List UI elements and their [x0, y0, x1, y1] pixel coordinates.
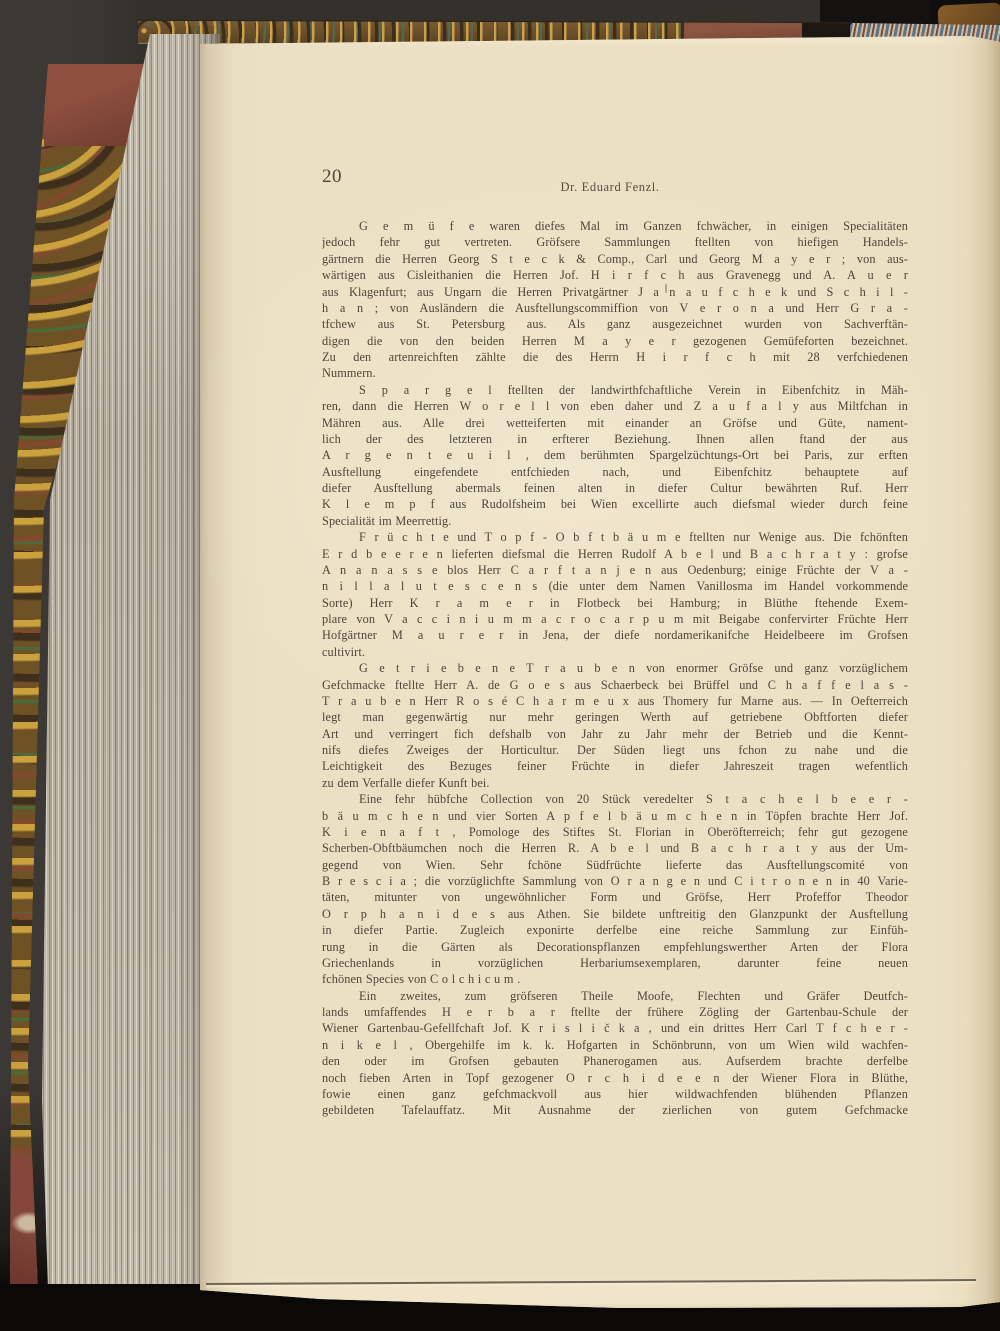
text-line: plare von V a c c i n i u m m a c r o c … — [322, 611, 908, 627]
text-line: den oder im Grofsen gebauten Phanerogame… — [322, 1053, 908, 1069]
running-head: Dr. Eduard Fenzl. — [322, 180, 898, 195]
text-line: fowie einen ganz gefchmackvoll aus hier … — [322, 1086, 908, 1102]
text-line: h a n ; von Ausländern die Ausftellungsc… — [322, 300, 908, 316]
text-line: tfchew aus St. Petersburg aus. Als ganz … — [322, 316, 908, 332]
text-line: G e t r i e b e n e T r a u b e n von en… — [322, 660, 908, 676]
text-line: Ausftellung eingefendete entfchieden nac… — [322, 464, 908, 480]
text-line: lich der des letzteren in erfterer Bezie… — [322, 431, 908, 447]
text-line: K i e n a f t , Pomologe des Stiftes St.… — [322, 824, 908, 840]
text-line: wärtigen aus Cisleithanien die Herren Jo… — [322, 267, 908, 283]
text-line: nifs diefes Zweiges der Horticultur. Der… — [322, 742, 908, 758]
text-line: B r e s c i a ; die vorzüglichfte Sammlu… — [322, 873, 908, 889]
text-line: Scherben-Obftbäumchen noch die Herren R.… — [322, 840, 908, 856]
text-line: zu dem Verfalle diefer Kunft bei. — [322, 775, 908, 791]
text-line: gegend von Wien. Sehr fchöne Südfrüchte … — [322, 857, 908, 873]
text-line: T r a u b e n Herr R o s é C h a r m e u… — [322, 693, 908, 709]
paragraph: G e m ü f e waren diefes Mal im Ganzen f… — [322, 218, 908, 382]
text-line: G e m ü f e waren diefes Mal im Ganzen f… — [322, 218, 908, 234]
text-line: fchönen Species von C o l c h i c u m . — [322, 971, 908, 987]
text-line: A n a n a s s e blos Herr C a r f t a n … — [322, 562, 908, 578]
paragraph: Eine fehr hübfche Collection von 20 Stüc… — [322, 791, 908, 988]
text-line: Mähren aus. Alle drei wetteiferten mit e… — [322, 415, 908, 431]
paragraph: G e t r i e b e n e T r a u b e n von en… — [322, 660, 908, 791]
text-line: noch fieben Arten in Topf gezogener O r … — [322, 1070, 908, 1086]
text-line: digen die von den beiden Herren M a y e … — [322, 333, 908, 349]
text-line: b ä u m c h e n und vier Sorten A p f e … — [322, 808, 908, 824]
text-line: Gefchmacke ftellte Herr A. de G o e s au… — [322, 677, 908, 693]
text-line: jedoch fehr gut vertreten. Gröfsere Samm… — [322, 234, 908, 250]
text-line: E r d b e e r e n lieferten diefsmal die… — [322, 546, 908, 562]
text-line: Specialität im Meerrettig. — [322, 513, 908, 529]
text-line: Griechenlands in vorzüglichen Herbariums… — [322, 955, 908, 971]
text-line: A r g e n t e u i l , dem berühmten Spar… — [322, 447, 908, 463]
text-line: Eine fehr hübfche Collection von 20 Stüc… — [322, 791, 908, 807]
text-line: Wiener Gartenbau-Gefellfchaft Jof. K r i… — [322, 1020, 908, 1036]
text-line: Art und verringert fich defshalb von Jah… — [322, 726, 908, 742]
text-line: Hofgärtner M a u r e r in Jena, der dief… — [322, 627, 908, 643]
text-line: K l e m p f aus Rudolfsheim bei Wien exc… — [322, 496, 908, 512]
text-line: Nummern. — [322, 365, 908, 381]
text-line: lands umfaffendes H e r b a r ftellte de… — [322, 1004, 908, 1020]
text-line: n i l l a l u t e s c e n s (die unter d… — [322, 578, 908, 594]
text-line: Leichtigkeit des Bezuges feiner Früchte … — [322, 758, 908, 774]
text-line: S p a r g e l ftellten der landwirthfcha… — [322, 382, 908, 398]
paragraph: Ein zweites, zum gröfseren Theile Moofe,… — [322, 988, 908, 1119]
text-line: Ein zweites, zum gröfseren Theile Moofe,… — [322, 988, 908, 1004]
paragraph: F r ü c h t e und T o p f - O b f t b ä … — [322, 529, 908, 660]
text-line: diefer Ausftellung abermals feinen alten… — [322, 480, 908, 496]
text-line: gärtnern die Herren Georg S t e c k & Co… — [322, 251, 908, 267]
text-line: rung in die Gärten als Decorationspflanz… — [322, 939, 908, 955]
text-line: n i k e l , Obergehilfe im k. k. Hofgart… — [322, 1037, 908, 1053]
text-line: legt man gegenwärtig nur mehr geringen W… — [322, 709, 908, 725]
text-line: gebildeten Tafelauffatz. Mit Ausnahme de… — [322, 1102, 908, 1118]
text-line: F r ü c h t e und T o p f - O b f t b ä … — [322, 529, 908, 545]
text-line: täten, mitunter von ungewöhnlicher Form … — [322, 889, 908, 905]
text-line: cultivirt. — [322, 644, 908, 660]
text-line: ren, dann die Herren W o r e l l von ebe… — [322, 398, 908, 414]
text-line: Sorte) Herr K r a m e r in Flotbeck bei … — [322, 595, 908, 611]
text-line: aus Klagenfurt; aus Ungarn die Herren Pr… — [322, 284, 908, 300]
text-line: O r p h a n i d e s aus Athen. Sie bilde… — [322, 906, 908, 922]
text-line: Zu den artenreichften zählte die des Her… — [322, 349, 908, 365]
text-line: in diefer Partie. Zugleich exponirte der… — [322, 922, 908, 938]
text-block: G e m ü f e waren diefes Mal im Ganzen f… — [322, 218, 908, 1119]
paragraph: S p a r g e l ftellten der landwirthfcha… — [322, 382, 908, 529]
